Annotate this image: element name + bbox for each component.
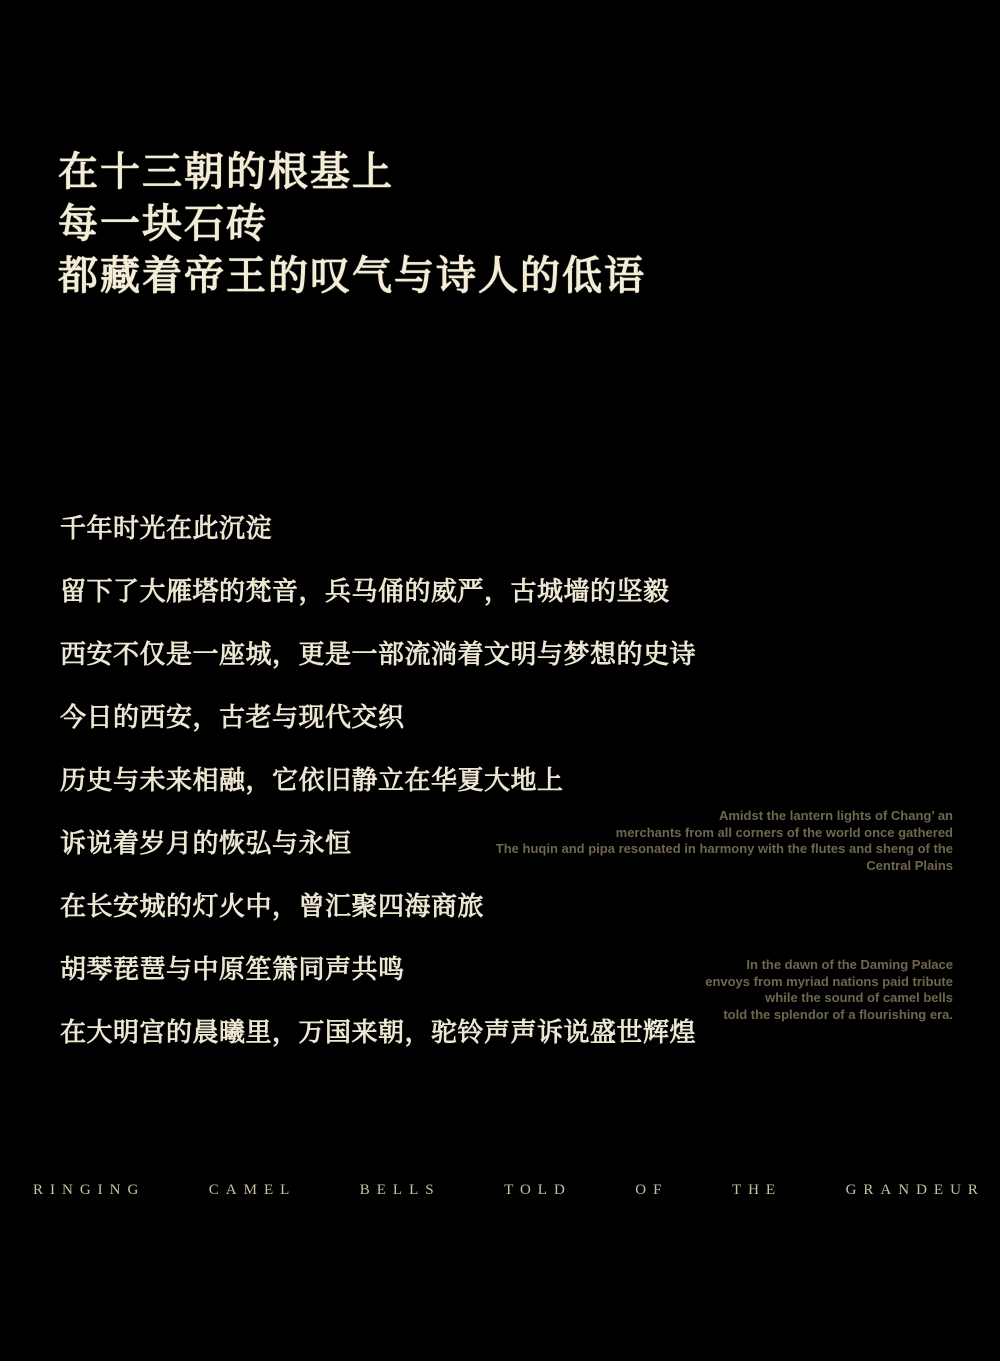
body-line-3: 西安不仅是一座城，更是一部流淌着文明与梦想的史诗 — [60, 623, 696, 686]
body-line-8: 胡琴琵琶与中原笙箫同声共鸣 — [60, 938, 696, 1001]
english-note-changan-line-4: Central Plains — [496, 858, 953, 875]
english-note-changan-line-1: Amidst the lantern lights of Chang’ an — [496, 808, 953, 825]
body-line-9: 在大明宫的晨曦里，万国来朝，驼铃声声诉说盛世辉煌 — [60, 1001, 696, 1064]
body-line-7: 在长安城的灯火中，曾汇聚四海商旅 — [60, 875, 696, 938]
footer-word-1: RINGING — [33, 1182, 145, 1199]
english-note-changan: Amidst the lantern lights of Chang’ an m… — [496, 808, 953, 874]
english-note-daming-line-3: while the sound of camel bells — [705, 990, 953, 1007]
headline: 在十三朝的根基上 每一块石砖 都藏着帝王的叹气与诗人的低语 — [58, 146, 646, 302]
footer-word-6: THE — [732, 1182, 782, 1199]
body-line-4: 今日的西安，古老与现代交织 — [60, 686, 696, 749]
english-note-changan-line-2: merchants from all corners of the world … — [496, 825, 953, 842]
footer-word-3: BELLS — [360, 1182, 441, 1199]
english-note-daming-line-2: envoys from myriad nations paid tribute — [705, 974, 953, 991]
english-note-daming-line-4: told the splendor of a flourishing era. — [705, 1007, 953, 1024]
body-text: 千年时光在此沉淀 留下了大雁塔的梵音，兵马俑的威严，古城墙的坚毅 西安不仅是一座… — [60, 497, 696, 1064]
headline-line-2: 每一块石砖 — [58, 198, 646, 250]
body-line-1: 千年时光在此沉淀 — [60, 497, 696, 560]
headline-line-3: 都藏着帝王的叹气与诗人的低语 — [58, 250, 646, 302]
english-note-daming-line-1: In the dawn of the Daming Palace — [705, 957, 953, 974]
body-line-5: 历史与未来相融，它依旧静立在华夏大地上 — [60, 749, 696, 812]
footer-word-2: CAMEL — [209, 1182, 297, 1199]
english-note-daming: In the dawn of the Daming Palace envoys … — [705, 957, 953, 1023]
english-note-changan-line-3: The huqin and pipa resonated in harmony … — [496, 841, 953, 858]
body-line-2: 留下了大雁塔的梵音，兵马俑的威严，古城墙的坚毅 — [60, 560, 696, 623]
headline-line-1: 在十三朝的根基上 — [58, 146, 646, 198]
footer-word-7: GRANDEUR — [846, 1182, 985, 1199]
footer-word-5: OF — [635, 1182, 668, 1199]
poster-page: 在十三朝的根基上 每一块石砖 都藏着帝王的叹气与诗人的低语 千年时光在此沉淀 留… — [0, 0, 1000, 1361]
footer-word-4: TOLD — [504, 1182, 572, 1199]
footer-tagline: RINGING CAMEL BELLS TOLD OF THE GRANDEUR — [33, 1182, 985, 1199]
